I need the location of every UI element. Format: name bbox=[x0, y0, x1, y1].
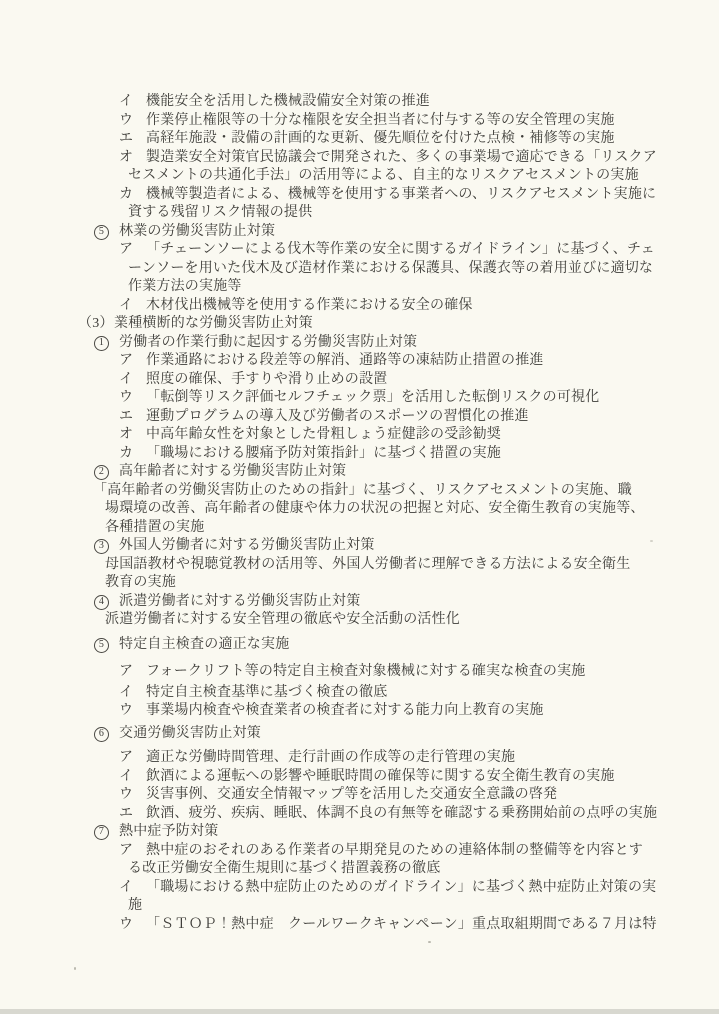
list-item: ア適正な労働時間管理、走行計画の作成等の走行管理の実施 bbox=[0, 749, 719, 768]
line-text: 「チェーンソーによる伐木等作業の安全に関するガイドライン」に基づく、チェ bbox=[146, 242, 655, 257]
circled-number-marker: 5 bbox=[94, 225, 109, 240]
line-text: 場環境の改善、高年齢者の健康や体力の状況の把握と対応、安全衛生教育の実施等、 bbox=[105, 501, 645, 516]
list-item: イ特定自主検査基準に基づく検査の徹底 bbox=[0, 684, 719, 703]
list-item: ア作業通路における段差等の解消、通路等の凍結防止措置の推進 bbox=[0, 352, 719, 371]
line-text: 資する残留リスク情報の提供 bbox=[128, 205, 312, 220]
item-marker: ア bbox=[119, 749, 133, 768]
line-text: 「転倒等リスク評価セルフチェック票」を活用した転倒リスクの可視化 bbox=[146, 390, 599, 405]
item-marker: ウ bbox=[119, 786, 133, 805]
text-line: 施 bbox=[0, 897, 719, 916]
item-marker: ウ bbox=[119, 916, 133, 935]
line-text: 適正な労働時間管理、走行計画の作成等の走行管理の実施 bbox=[146, 750, 515, 765]
list-item: 2高年齢者に対する労働災害防止対策 bbox=[0, 463, 719, 482]
scan-speckle bbox=[503, 168, 505, 170]
line-text: 作業通路における段差等の解消、通路等の凍結防止措置の推進 bbox=[146, 353, 544, 368]
list-item: 5林業の労働災害防止対策 bbox=[0, 223, 719, 242]
item-marker: イ bbox=[119, 768, 133, 787]
line-text: 製造業安全対策官民協議会で開発された、多くの事業場で適応できる「リスクア bbox=[146, 150, 657, 165]
line-text: ーンソーを用いた伐木及び造材作業における保護具、保護衣等の着用並びに適切な bbox=[128, 261, 653, 276]
line-text: 交通労働災害防止対策 bbox=[119, 726, 261, 741]
list-item: カ機械等製造者による、機械等を使用する事業者への、リスクアセスメント実施に bbox=[0, 186, 719, 205]
circled-number-marker: 5 bbox=[94, 638, 109, 653]
text-line: セスメントの共通化手法」の活用等による、自主的なリスクアセスメントの実施 bbox=[0, 167, 719, 186]
text-line: る改正労働安全衛生規則に基づく措置義務の徹底 bbox=[0, 860, 719, 879]
line-text: 特定自主検査の適正な実施 bbox=[119, 637, 289, 652]
list-item: ウ災害事例、交通安全情報マップ等を活用した交通安全意識の啓発 bbox=[0, 786, 719, 805]
line-text: 「職場における熱中症防止のためのガイドライン」に基づく熱中症防止対策の実 bbox=[146, 880, 656, 895]
item-marker: ウ bbox=[119, 389, 133, 408]
line-text: 機械等製造者による、機械等を使用する事業者への、リスクアセスメント実施に bbox=[146, 187, 656, 202]
list-item: 6交通労働災害防止対策 bbox=[0, 725, 719, 744]
circled-number-marker: 1 bbox=[94, 336, 109, 351]
line-text: 「職場における腰痛予防対策指針」に基づく措置の実施 bbox=[146, 446, 501, 461]
text-line: ーンソーを用いた伐木及び造材作業における保護具、保護衣等の着用並びに適切な bbox=[0, 260, 719, 279]
line-text: 熱中症のおそれのある作業者の早期発見のための連絡体制の整備等を内容とす bbox=[146, 843, 643, 858]
item-marker: ウ bbox=[119, 112, 133, 131]
line-text: 作業方法の実施等 bbox=[128, 279, 242, 294]
line-text: 派遣労働者に対する安全管理の徹底や安全活動の活性化 bbox=[105, 612, 460, 627]
item-marker: イ bbox=[119, 371, 133, 390]
text-line: 場環境の改善、高年齢者の健康や体力の状況の把握と対応、安全衛生教育の実施等、 bbox=[0, 500, 719, 519]
item-marker: ア bbox=[119, 352, 133, 371]
item-marker: エ bbox=[119, 408, 133, 427]
document-body: イ機能安全を活用した機械設備安全対策の推進ウ作業停止権限等の十分な権限を安全担当… bbox=[0, 0, 719, 934]
line-text: セスメントの共通化手法」の活用等による、自主的なリスクアセスメントの実施 bbox=[128, 168, 639, 183]
list-item: イ照度の確保、手すりや滑り止めの設置 bbox=[0, 371, 719, 390]
circled-number-marker: 6 bbox=[94, 727, 109, 742]
item-marker: イ bbox=[119, 879, 133, 898]
list-item: 4派遣労働者に対する労働災害防止対策 bbox=[0, 593, 719, 612]
list-item: 3外国人労働者に対する労働災害防止対策 bbox=[0, 537, 719, 556]
line-text: 高経年施設・設備の計画的な更新、優先順位を付けた点検・補修等の実施 bbox=[146, 131, 615, 146]
line-text: 特定自主検査基準に基づく検査の徹底 bbox=[146, 685, 387, 700]
list-item: ア「チェーンソーによる伐木等作業の安全に関するガイドライン」に基づく、チェ bbox=[0, 241, 719, 260]
line-text: 照度の確保、手すりや滑り止めの設置 bbox=[146, 372, 387, 387]
line-text: 機能安全を活用した機械設備安全対策の推進 bbox=[146, 94, 430, 109]
circled-number-marker: 3 bbox=[94, 539, 109, 554]
text-line: 母国語教材や視聴覚教材の活用等、外国人労働者に理解できる方法による安全衛生 bbox=[0, 556, 719, 575]
item-marker: （3） bbox=[78, 315, 108, 334]
line-text: 派遣労働者に対する労働災害防止対策 bbox=[119, 594, 360, 609]
line-text: る改正労働安全衛生規則に基づく措置義務の徹底 bbox=[128, 861, 440, 876]
text-line: 各種措置の実施 bbox=[0, 519, 719, 538]
list-item: カ「職場における腰痛予防対策指針」に基づく措置の実施 bbox=[0, 445, 719, 464]
list-item: オ製造業安全対策官民協議会で開発された、多くの事業場で適応できる「リスクア bbox=[0, 149, 719, 168]
circled-number-marker: 4 bbox=[94, 595, 109, 610]
list-item: 7熱中症予防対策 bbox=[0, 823, 719, 842]
item-marker: イ bbox=[119, 297, 133, 316]
line-text: 災害事例、交通安全情報マップ等を活用した交通安全意識の啓発 bbox=[146, 787, 557, 802]
circled-number-marker: 7 bbox=[94, 825, 109, 840]
item-marker: ア bbox=[119, 842, 133, 861]
line-text: 飲酒、疲労、疾病、睡眠、体調不良の有無等を確認する乗務開始前の点呼の実施 bbox=[146, 806, 657, 821]
item-marker: オ bbox=[119, 426, 133, 445]
item-marker: ウ bbox=[119, 702, 133, 721]
line-text: 「高年齢者の労働災害防止のための指針」に基づく、リスクアセスメントの実施、職 bbox=[93, 483, 632, 498]
list-item: ウ事業場内検査や検査業者の検査者に対する能力向上教育の実施 bbox=[0, 702, 719, 721]
list-item: オ中高年齢女性を対象とした骨粗しょう症健診の受診勧奨 bbox=[0, 426, 719, 445]
item-marker: オ bbox=[119, 149, 133, 168]
line-text: 中高年齢女性を対象とした骨粗しょう症健診の受診勧奨 bbox=[146, 427, 501, 442]
list-item: アフォークリフト等の特定自主検査対象機械に対する確実な検査の実施 bbox=[0, 663, 719, 682]
list-item: イ「職場における熱中症防止のためのガイドライン」に基づく熱中症防止対策の実 bbox=[0, 879, 719, 898]
line-text: 教育の実施 bbox=[105, 575, 176, 590]
list-item: ア熱中症のおそれのある作業者の早期発見のための連絡体制の整備等を内容とす bbox=[0, 842, 719, 861]
circled-number-marker: 2 bbox=[94, 465, 109, 480]
line-text: 高年齢者に対する労働災害防止対策 bbox=[119, 464, 346, 479]
line-text: 外国人労働者に対する労働災害防止対策 bbox=[119, 538, 375, 553]
line-text: 母国語教材や視聴覚教材の活用等、外国人労働者に理解できる方法による安全衛生 bbox=[105, 557, 630, 572]
list-item: 5特定自主検査の適正な実施 bbox=[0, 636, 719, 655]
item-marker: エ bbox=[119, 805, 133, 824]
item-marker: イ bbox=[119, 684, 133, 703]
scan-speckle bbox=[74, 967, 76, 970]
text-line: 「高年齢者の労働災害防止のための指針」に基づく、リスクアセスメントの実施、職 bbox=[0, 482, 719, 501]
text-line: 作業方法の実施等 bbox=[0, 278, 719, 297]
line-text: フォークリフト等の特定自主検査対象機械に対する確実な検査の実施 bbox=[146, 664, 586, 679]
line-text: 運動プログラムの導入及び労働者のスポーツの習慣化の推進 bbox=[146, 409, 529, 424]
list-item: イ飲酒による運転への影響や睡眠時間の確保等に関する安全衛生教育の実施 bbox=[0, 768, 719, 787]
line-text: 労働者の作業行動に起因する労働災害防止対策 bbox=[119, 335, 417, 350]
item-marker: エ bbox=[119, 130, 133, 149]
item-marker: ア bbox=[119, 241, 133, 260]
list-item: ウ「転倒等リスク評価セルフチェック票」を活用した転倒リスクの可視化 bbox=[0, 389, 719, 408]
list-item: ウ作業停止権限等の十分な権限を安全担当者に付与する等の安全管理の実施 bbox=[0, 112, 719, 131]
line-text: 作業停止権限等の十分な権限を安全担当者に付与する等の安全管理の実施 bbox=[146, 113, 615, 128]
line-text: 林業の労働災害防止対策 bbox=[119, 224, 275, 239]
list-item: エ高経年施設・設備の計画的な更新、優先順位を付けた点検・補修等の実施 bbox=[0, 130, 719, 149]
line-text: 業種横断的な労働災害防止対策 bbox=[114, 316, 313, 331]
line-text: 事業場内検査や検査業者の検査者に対する能力向上教育の実施 bbox=[146, 703, 544, 718]
line-text: 各種措置の実施 bbox=[105, 520, 204, 535]
list-item: エ運動プログラムの導入及び労働者のスポーツの習慣化の推進 bbox=[0, 408, 719, 427]
list-item: （3）業種横断的な労働災害防止対策 bbox=[0, 315, 719, 334]
item-marker: カ bbox=[119, 445, 133, 464]
line-text: 熱中症予防対策 bbox=[119, 824, 218, 839]
text-line: 派遣労働者に対する安全管理の徹底や安全活動の活性化 bbox=[0, 611, 719, 630]
text-line: 教育の実施 bbox=[0, 574, 719, 593]
list-item: エ飲酒、疲労、疾病、睡眠、体調不良の有無等を確認する乗務開始前の点呼の実施 bbox=[0, 805, 719, 824]
line-text: 飲酒による運転への影響や睡眠時間の確保等に関する安全衛生教育の実施 bbox=[146, 769, 615, 784]
line-text: 木材伐出機械等を使用する作業における安全の確保 bbox=[146, 298, 473, 313]
list-item: 1労働者の作業行動に起因する労働災害防止対策 bbox=[0, 334, 719, 353]
scan-speckle bbox=[650, 540, 653, 542]
list-item: イ機能安全を活用した機械設備安全対策の推進 bbox=[0, 93, 719, 112]
page-bottom-edge bbox=[0, 1009, 719, 1014]
item-marker: カ bbox=[119, 186, 133, 205]
scanned-document-page: イ機能安全を活用した機械設備安全対策の推進ウ作業停止権限等の十分な権限を安全担当… bbox=[0, 0, 719, 1014]
line-text: 施 bbox=[128, 898, 142, 913]
line-text: 「ＳＴＯＰ！熱中症 クールワークキャンペーン」重点取組期間である７月は特 bbox=[146, 917, 657, 932]
text-line: 資する残留リスク情報の提供 bbox=[0, 204, 719, 223]
list-item: イ木材伐出機械等を使用する作業における安全の確保 bbox=[0, 297, 719, 316]
scan-speckle bbox=[428, 941, 431, 943]
item-marker: イ bbox=[119, 93, 133, 112]
list-item: ウ「ＳＴＯＰ！熱中症 クールワークキャンペーン」重点取組期間である７月は特 bbox=[0, 916, 719, 935]
item-marker: ア bbox=[119, 663, 133, 682]
